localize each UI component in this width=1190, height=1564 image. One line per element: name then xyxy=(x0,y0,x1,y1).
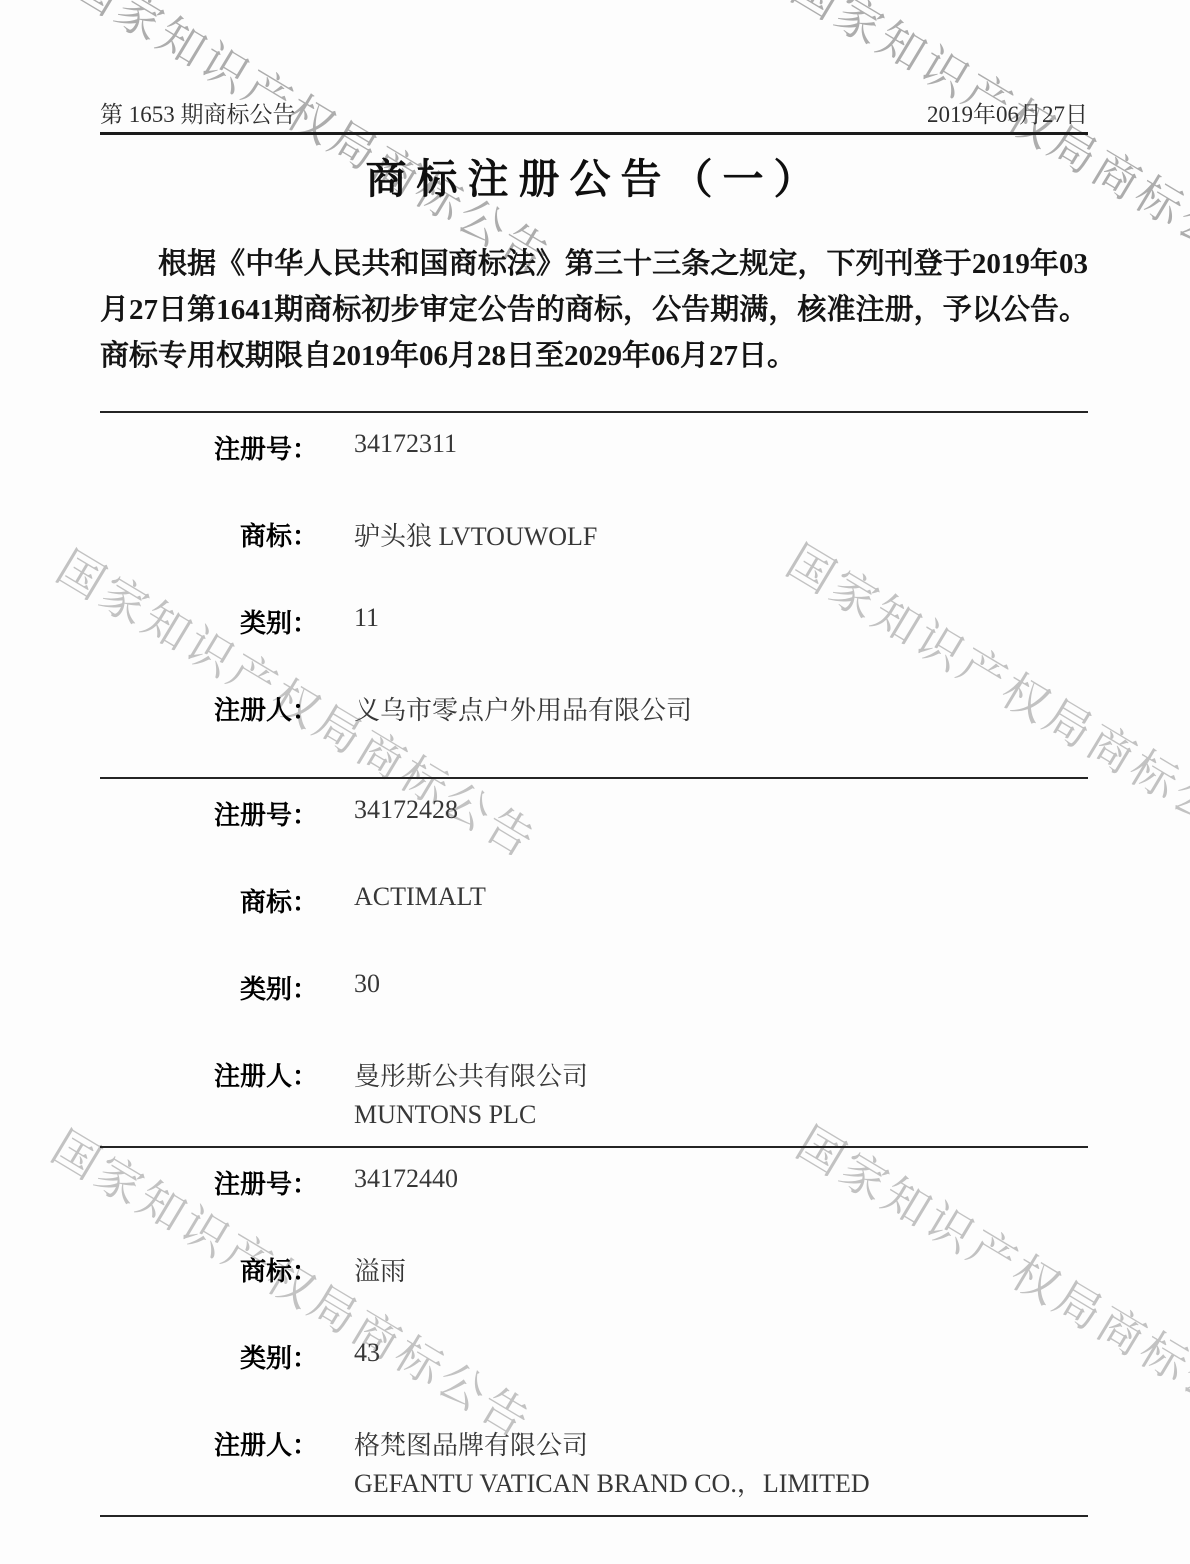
registrant-name-en: GEFANTU VATICAN BRAND CO.，LIMITED xyxy=(354,1462,870,1505)
gazette-page: 国家知识产权局商标公告 国家知识产权局商标公告 国家知识产权局商标公告 国家知识… xyxy=(0,0,1190,1564)
field-category: 类别： 43 xyxy=(100,1338,1088,1375)
category-value: 30 xyxy=(354,969,380,1006)
bottom-rule xyxy=(100,1515,1088,1517)
reg-no-label: 注册号： xyxy=(100,795,318,832)
gazette-date: 2019年06月27日 xyxy=(927,96,1088,129)
field-reg-no: 注册号： 34172440 xyxy=(100,1164,1088,1201)
records-list: 注册号： 34172311 商标： 驴头狼 LVTOUWOLF 类别： 11 注… xyxy=(100,411,1088,1517)
trademark-label: 商标： xyxy=(100,1251,318,1288)
field-registrant: 注册人： 格梵图品牌有限公司 GEFANTU VATICAN BRAND CO.… xyxy=(100,1425,1088,1505)
page-title: 商标注册公告（一） xyxy=(0,146,1190,205)
trademark-record: 注册号： 34172440 商标： 溢雨 类别： 43 注册人： 格梵图品牌有限… xyxy=(100,1146,1088,1505)
registrant-label: 注册人： xyxy=(100,1425,318,1505)
field-reg-no: 注册号： 34172428 xyxy=(100,795,1088,832)
trademark-record: 注册号： 34172311 商标： 驴头狼 LVTOUWOLF 类别： 11 注… xyxy=(100,411,1088,727)
reg-no-value: 34172428 xyxy=(354,795,458,832)
header-rule xyxy=(100,132,1088,135)
registrant-value: 格梵图品牌有限公司 GEFANTU VATICAN BRAND CO.，LIMI… xyxy=(354,1425,870,1505)
field-registrant: 注册人： 义乌市零点户外用品有限公司 xyxy=(100,690,1088,727)
reg-no-label: 注册号： xyxy=(100,1164,318,1201)
registrant-label: 注册人： xyxy=(100,1056,318,1136)
intro-paragraph: 根据《中华人民共和国商标法》第三十三条之规定，下列刊登于2019年03月27日第… xyxy=(100,241,1088,379)
registrant-value: 曼彤斯公共有限公司 MUNTONS PLC xyxy=(354,1056,588,1136)
registrant-name-en: MUNTONS PLC xyxy=(354,1093,588,1136)
field-registrant: 注册人： 曼彤斯公共有限公司 MUNTONS PLC xyxy=(100,1056,1088,1136)
reg-no-label: 注册号： xyxy=(100,429,318,466)
trademark-value: ACTIMALT xyxy=(354,882,486,919)
field-trademark: 商标： ACTIMALT xyxy=(100,882,1088,919)
reg-no-value: 34172440 xyxy=(354,1164,458,1201)
gazette-issue-label: 第 1653 期商标公告 xyxy=(100,96,296,129)
trademark-label: 商标： xyxy=(100,516,318,553)
trademark-value: 溢雨 xyxy=(354,1251,406,1288)
field-category: 类别： 11 xyxy=(100,603,1088,640)
registrant-name-cn: 格梵图品牌有限公司 xyxy=(354,1425,870,1462)
field-trademark: 商标： 驴头狼 LVTOUWOLF xyxy=(100,516,1088,553)
registrant-label: 注册人： xyxy=(100,690,318,727)
trademark-label: 商标： xyxy=(100,882,318,919)
trademark-record: 注册号： 34172428 商标： ACTIMALT 类别： 30 注册人： 曼… xyxy=(100,777,1088,1136)
field-reg-no: 注册号： 34172311 xyxy=(100,429,1088,466)
registrant-value: 义乌市零点户外用品有限公司 xyxy=(354,690,692,727)
category-value: 43 xyxy=(354,1338,380,1375)
reg-no-value: 34172311 xyxy=(354,429,457,466)
field-trademark: 商标： 溢雨 xyxy=(100,1251,1088,1288)
category-label: 类别： xyxy=(100,603,318,640)
category-label: 类别： xyxy=(100,969,318,1006)
page-header: 第 1653 期商标公告 2019年06月27日 xyxy=(100,96,1088,129)
category-label: 类别： xyxy=(100,1338,318,1375)
category-value: 11 xyxy=(354,603,379,640)
field-category: 类别： 30 xyxy=(100,969,1088,1006)
registrant-name-cn: 义乌市零点户外用品有限公司 xyxy=(354,690,692,727)
registrant-name-cn: 曼彤斯公共有限公司 xyxy=(354,1056,588,1093)
trademark-value: 驴头狼 LVTOUWOLF xyxy=(354,516,597,553)
